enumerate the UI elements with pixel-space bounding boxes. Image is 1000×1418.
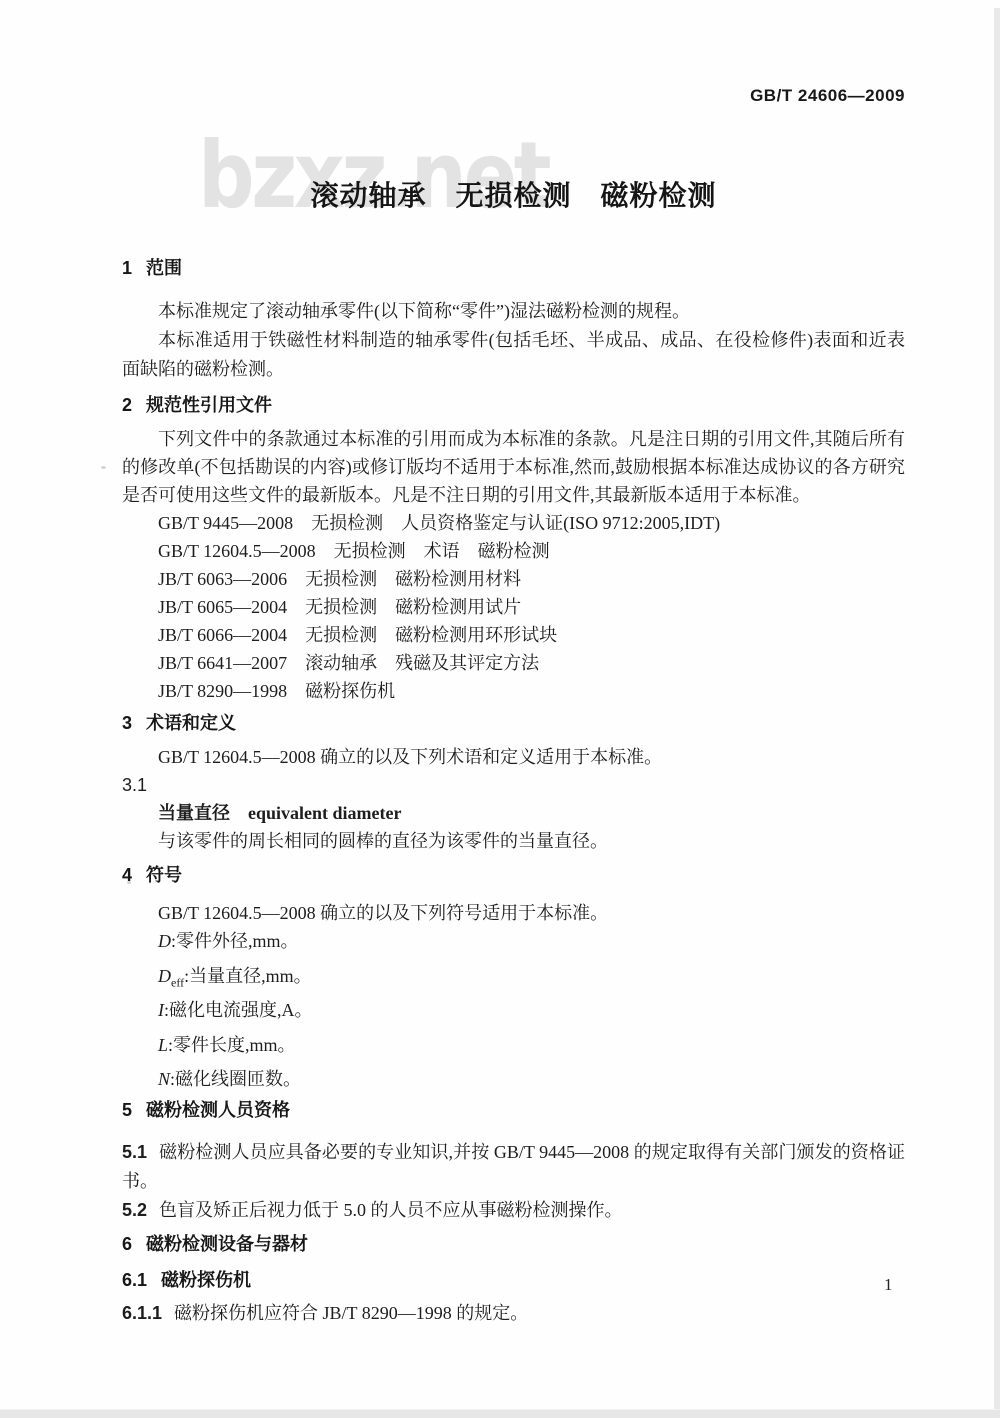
term-definition-text: 与该零件的周长相同的圆棒的直径为该零件的当量直径。 — [122, 827, 905, 855]
clause-text: 色盲及矫正后视力低于 5.0 的人员不应从事磁粉检测操作。 — [159, 1200, 623, 1220]
reference-item: GB/T 9445—2008 无损检测 人员资格鉴定与认证(ISO 9712:2… — [122, 509, 905, 537]
section-6-heading: 6磁粉检测设备与器材 — [122, 1234, 905, 1254]
term-chinese: 当量直径 — [158, 803, 230, 823]
clause-text: 磁粉检测人员应具备必要的专业知识,并按 GB/T 9445—2008 的规定取得… — [122, 1142, 905, 1191]
clause-number: 5.1 — [122, 1142, 147, 1162]
clause-5-2: 5.2色盲及矫正后视力低于 5.0 的人员不应从事磁粉检测操作。 — [122, 1196, 905, 1225]
section-number: 1 — [122, 258, 132, 278]
section-3-heading: 3术语和定义 — [122, 713, 905, 733]
symbol-item: N:磁化线圈匝数。 — [122, 1065, 905, 1100]
clause-number: 6.1 — [122, 1270, 147, 1290]
symbol-item: D:零件外径,mm。 — [122, 927, 905, 962]
section-title: 范围 — [146, 258, 182, 278]
section-5-heading: 5磁粉检测人员资格 — [122, 1100, 905, 1120]
symbol-description: :磁化电流强度,A。 — [164, 1000, 313, 1020]
reference-item: JB/T 8290—1998 磁粉探伤机 — [122, 677, 905, 705]
section-4-heading: 4符号 — [122, 865, 905, 885]
symbol-letter: D — [158, 966, 171, 986]
symbol-letter: D — [158, 931, 171, 951]
symbol-description: :当量直径,mm。 — [184, 966, 312, 986]
reference-item: JB/T 6641—2007 滚动轴承 残磁及其评定方法 — [122, 649, 905, 677]
document-page: bzxz.net GB/T 24606—2009 滚动轴承 无损检测 磁粉检测 … — [0, 0, 1000, 1418]
scope-paragraph-2: 本标准适用于铁磁性材料制造的轴承零件(包括毛坯、半成品、成品、在役检修件)表面和… — [122, 326, 905, 384]
section-title: 规范性引用文件 — [146, 395, 272, 415]
terms-intro: GB/T 12604.5—2008 确立的以及下列术语和定义适用于本标准。 — [122, 743, 905, 771]
term-english: equivalent diameter — [248, 803, 401, 823]
symbols-intro: GB/T 12604.5—2008 确立的以及下列符号适用于本标准。 — [122, 899, 905, 927]
clause-number: 6.1.1 — [122, 1303, 162, 1323]
section-title: 磁粉检测人员资格 — [146, 1100, 290, 1120]
symbol-letter: L — [158, 1035, 168, 1055]
clause-text: 磁粉探伤机应符合 JB/T 8290—1998 的规定。 — [174, 1303, 528, 1323]
subsection-6-1-heading: 6.1磁粉探伤机 — [122, 1270, 905, 1290]
section-1-heading: 1范围 — [122, 258, 905, 278]
section-number: 4 — [122, 865, 132, 885]
section-number: 2 — [122, 395, 132, 415]
symbol-letter: N — [158, 1069, 170, 1089]
symbol-description: :零件外径,mm。 — [171, 931, 299, 951]
section-title: 磁粉检测设备与器材 — [146, 1234, 308, 1254]
section-2-heading: 2规范性引用文件 — [122, 395, 905, 415]
symbol-item: I:磁化电流强度,A。 — [122, 996, 905, 1031]
reference-item: GB/T 12604.5—2008 无损检测 术语 磁粉检测 — [122, 537, 905, 565]
symbol-subscript: eff — [171, 975, 184, 989]
symbol-item: L:零件长度,mm。 — [122, 1031, 905, 1066]
clause-number: 5.2 — [122, 1200, 147, 1220]
term-definition-title: 当量直径equivalent diameter — [122, 799, 905, 827]
scope-paragraph-1: 本标准规定了滚动轴承零件(以下简称“零件”)湿法磁粉检测的规程。 — [122, 297, 905, 326]
page-content: GB/T 24606—2009 滚动轴承 无损检测 磁粉检测 1范围 本标准规定… — [0, 0, 1000, 1418]
clause-6-1-1: 6.1.1磁粉探伤机应符合 JB/T 8290—1998 的规定。 — [122, 1299, 905, 1327]
clause-5-1: 5.1磁粉检测人员应具备必要的专业知识,并按 GB/T 9445—2008 的规… — [122, 1138, 905, 1196]
document-title: 滚动轴承 无损检测 磁粉检测 — [122, 181, 905, 211]
subsection-title: 磁粉探伤机 — [161, 1270, 251, 1290]
section-title: 术语和定义 — [146, 713, 236, 733]
clause-number: 3.1 — [122, 775, 147, 795]
symbol-description: :磁化线圈匝数。 — [170, 1069, 301, 1089]
reference-item: JB/T 6066—2004 无损检测 磁粉检测用环形试块 — [122, 621, 905, 649]
section-number: 6 — [122, 1234, 132, 1254]
standard-code: GB/T 24606—2009 — [122, 86, 905, 106]
symbol-item: Deff:当量直径,mm。 — [122, 962, 905, 997]
reference-item: JB/T 6063—2006 无损检测 磁粉检测用材料 — [122, 565, 905, 593]
clause-3-1-number: 3.1 — [122, 771, 905, 799]
symbol-description: :零件长度,mm。 — [168, 1035, 296, 1055]
section-title: 符号 — [146, 865, 182, 885]
section-number: 5 — [122, 1100, 132, 1120]
section-number: 3 — [122, 713, 132, 733]
references-intro: 下列文件中的条款通过本标准的引用而成为本标准的条款。凡是注日期的引用文件,其随后… — [122, 425, 905, 509]
reference-item: JB/T 6065—2004 无损检测 磁粉检测用试片 — [122, 593, 905, 621]
